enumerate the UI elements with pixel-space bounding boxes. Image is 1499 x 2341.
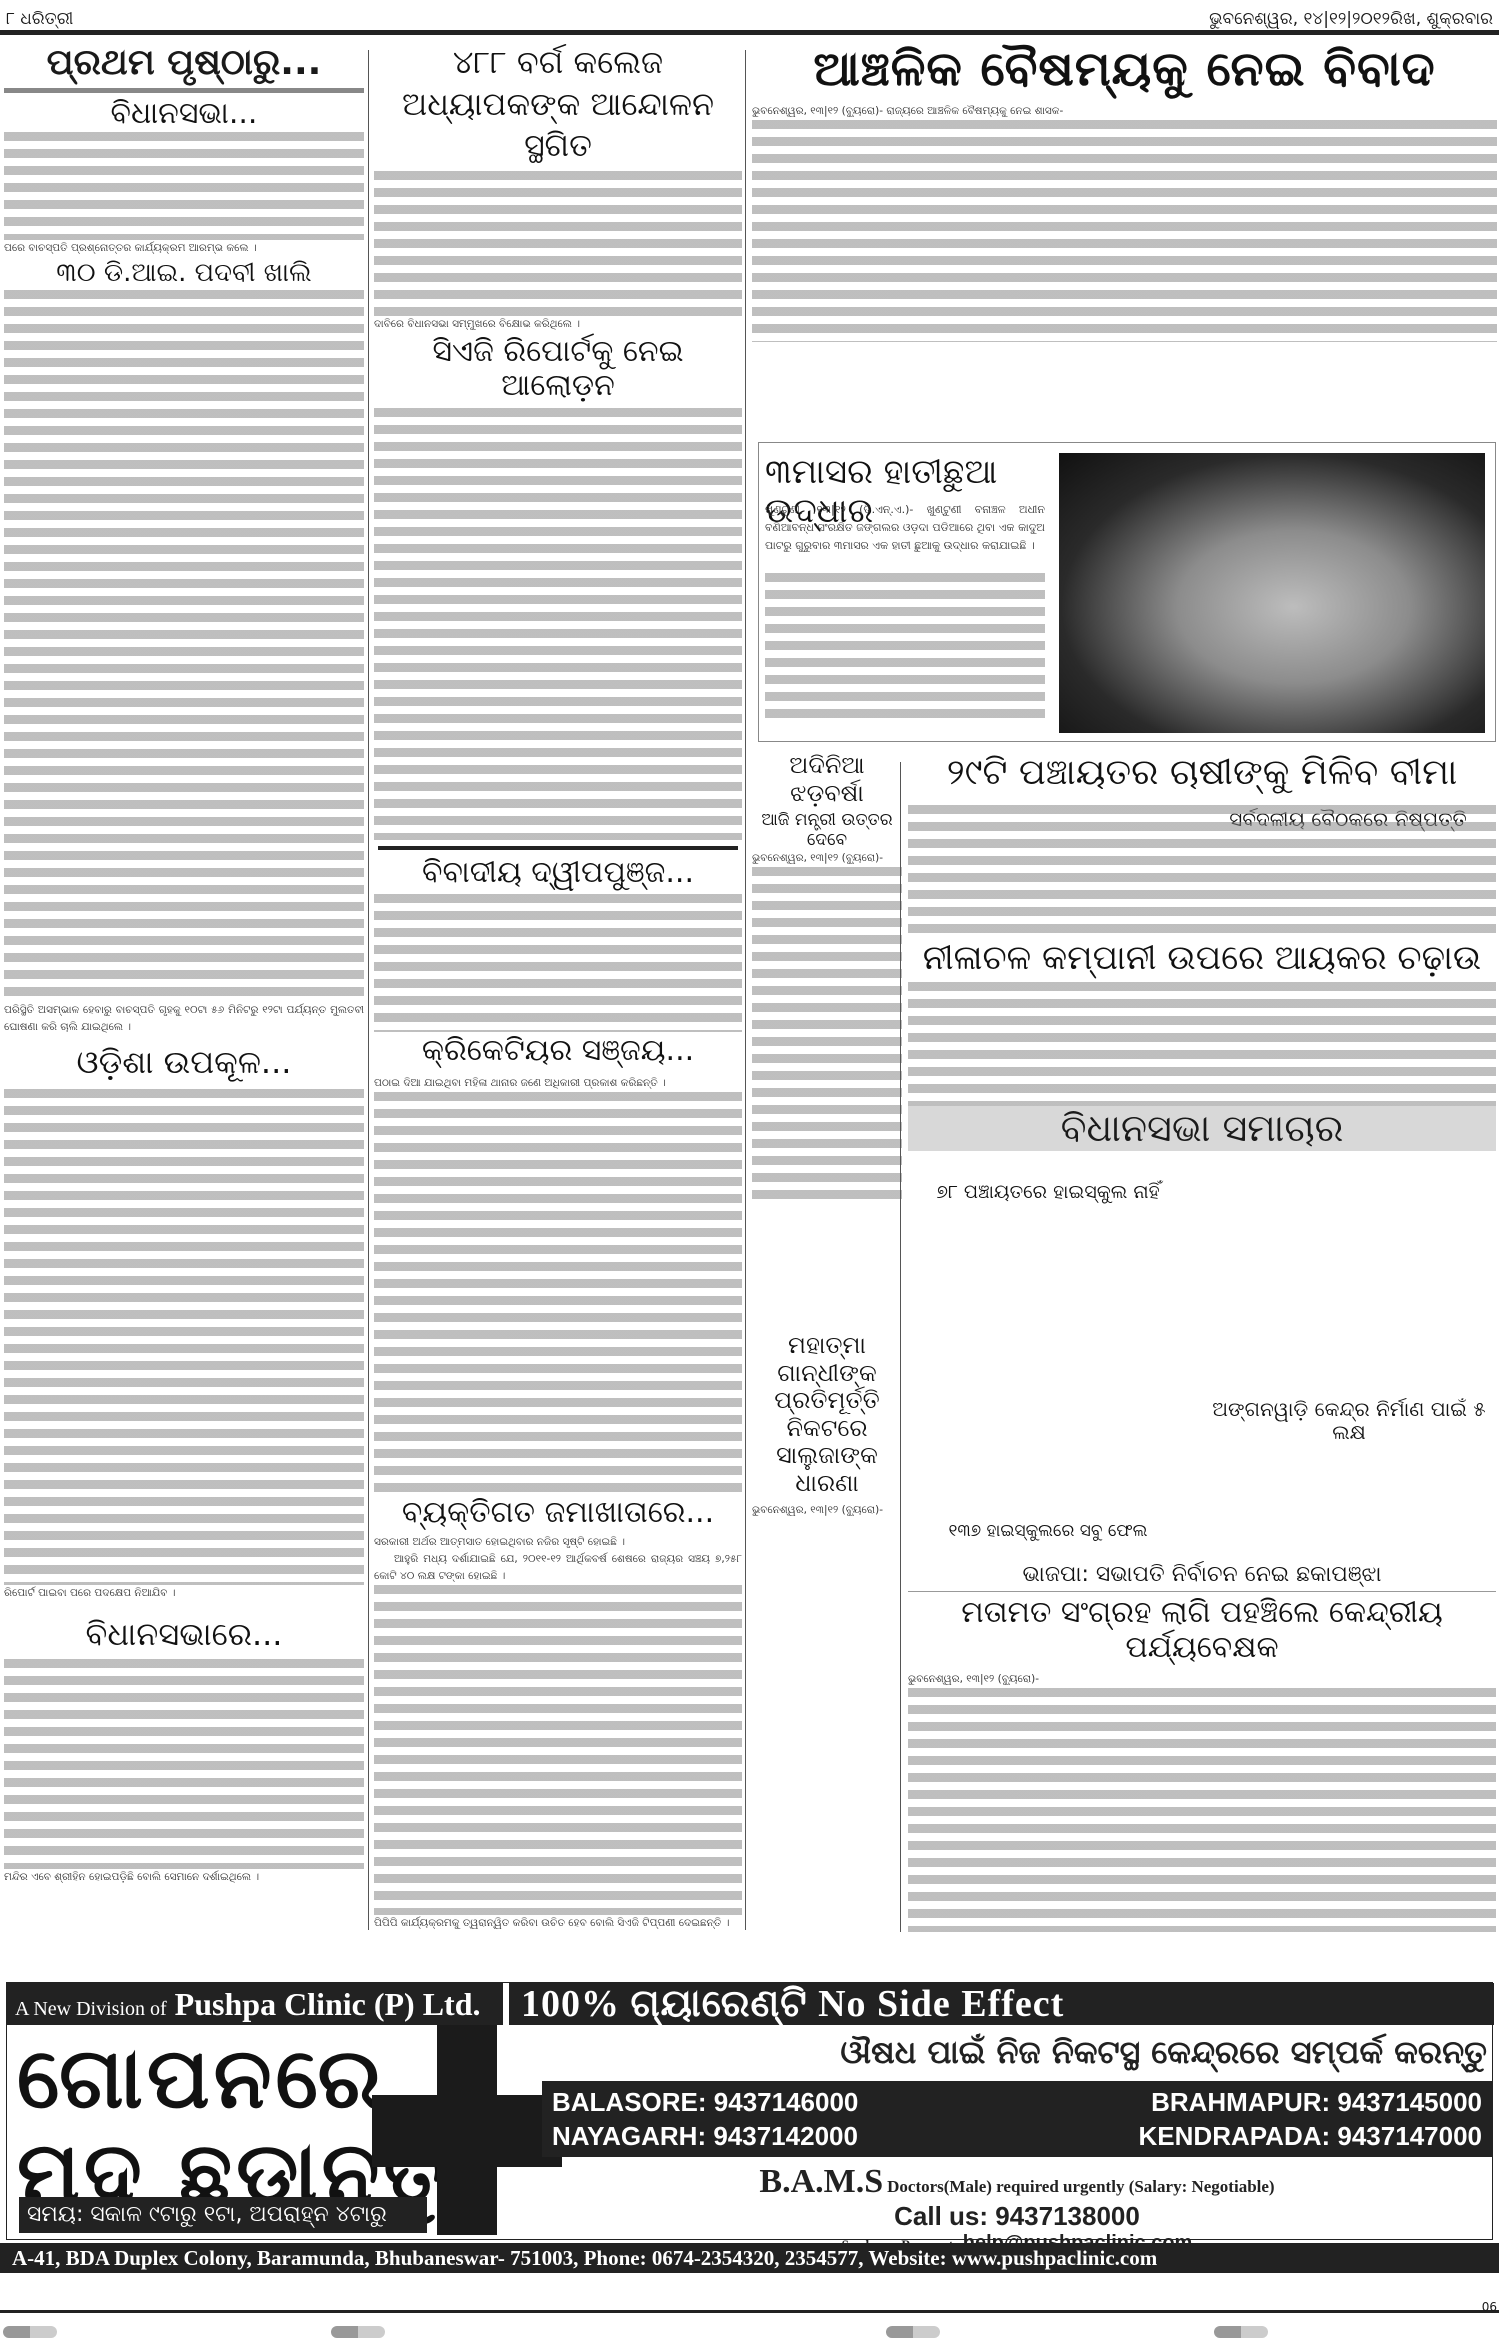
insurance-story: ୨୯ଟି ପଞ୍ଚାୟତର ଚାଷୀଙ୍କୁ ମିଳିବ ବୀମା ସର୍ବଦଳ… xyxy=(908,752,1496,1151)
company-name: Pushpa Clinic (P) Ltd. xyxy=(175,1983,481,2025)
headline: ୩୦ ଡି.ଆଇ. ପଦବୀ ଖାଲି xyxy=(4,259,364,289)
article-dateline: ଭୁବନେଶ୍ୱର, ୧୩|୧୨ (ବ୍ୟୁରୋ)- xyxy=(752,1502,902,1519)
masthead-rule xyxy=(0,30,1499,35)
column-divider xyxy=(745,50,746,1930)
elephant-story-box: ୩ମାସର ହାତୀଛୁଆ ଉଦ୍ଧାର ଖୁଣ୍ଟୁଣୀ, ୧୩|୧୨ (ଡି… xyxy=(758,442,1496,742)
lead-headline: ଆଞ୍ଚଳିକ ବୈଷମ୍ୟକୁ ନେଇ ବିବାଦ xyxy=(752,42,1497,97)
dateline: ଭୁବନେଶ୍ୱର, ୧୪|୧୨|୨୦୧୨ରିଖ, ଶୁକ୍ରବାର xyxy=(1209,9,1493,29)
page-label: ୮ ଧରିତ୍ରୀ xyxy=(6,9,73,29)
branch-balasore: BALASORE: 9437146000 xyxy=(552,2085,1017,2119)
section-title: ପ୍ରଥମ ପୃଷ୍ଠାରୁ... xyxy=(4,42,364,93)
lead-dateline: ଭୁବନେଶ୍ୱର, ୧୩|୧୨ (ବ୍ୟୁରୋ)- ରାଜ୍ୟରେ ଆଞ୍ଚଳ… xyxy=(752,103,1497,120)
headline: ଓଡ଼ିଶା ଉପକୂଳ... xyxy=(4,1044,364,1081)
article-body xyxy=(908,982,1496,1106)
headline: ମତାମତ ସଂଗ୍ରହ ଲାଗି ପହଞ୍ଚିଲେ କେନ୍ଦ୍ରୀୟ ପର୍… xyxy=(908,1596,1496,1665)
scroll-handle[interactable] xyxy=(3,2326,57,2338)
bjp-banner: ଭାଜପା: ସଭାପତି ନିର୍ବାଚନ ନେଇ ଛକାପଞ୍ଝା xyxy=(908,1562,1496,1592)
headline: ବିଧାନସଭାରେ... xyxy=(4,1616,364,1653)
article-body xyxy=(374,171,742,316)
headline: ୪୮୮ ବର୍ଗ କଲେଜ ଅଧ୍ୟାପକଙ୍କ ଆନ୍ଦୋଳନ ସ୍ଥଗିତ xyxy=(374,42,742,167)
section-rule xyxy=(378,846,738,850)
article-body xyxy=(908,805,1496,935)
ad-footer-address: A-41, BDA Duplex Colony, Baramunda, Bhub… xyxy=(0,2243,1499,2273)
right-area: ଆଞ୍ଚଳିକ ବୈଷମ୍ୟକୁ ନେଇ ବିବାଦ ଭୁବନେଶ୍ୱର, ୧୩… xyxy=(752,42,1497,1932)
article-body: ପିପିପି କାର୍ଯ୍ୟକ୍ରମକୁ ତ୍ୱରାନ୍ୱିତ କରିବା ଉଚ… xyxy=(374,1915,742,1932)
branch-brahmapur: BRAHMAPUR: 9437145000 xyxy=(1017,2085,1482,2119)
gandhi-story: ମହାତ୍ମା ଗାନ୍ଧୀଙ୍କ ପ୍ରତିମୂର୍ତ୍ତି ନିକଟରେ ସ… xyxy=(752,1332,902,1519)
article-body: ରିପୋର୍ଟ ପାଇବା ପରେ ପଦକ୍ଷେପ ନିଆଯିବ । xyxy=(4,1585,364,1602)
article-body xyxy=(908,1688,1496,1932)
headline: ମହାତ୍ମା ଗାନ୍ଧୀଙ୍କ ପ୍ରତିମୂର୍ତ୍ତି ନିକଟରେ ସ… xyxy=(752,1332,902,1498)
subheadline: ୧୩୭ ହାଇସ୍କୁଲରେ ସବୁ ଫେଲ xyxy=(908,1522,1188,1542)
article-body xyxy=(752,120,1497,342)
article-body xyxy=(4,290,364,1002)
guarantee-banner: 100% ଗ୍ୟାରେଣ୍ଟି No Side Effect xyxy=(509,1983,1494,2025)
article-body: ପଠାଇ ଦିଆ ଯାଇଥିବା ମହିଳା ଥାନାର ଜଣେ ଅଧିକାରୀ… xyxy=(374,1075,742,1092)
medical-cross-icon xyxy=(372,2095,562,2167)
opening-hours: ସମୟ: ସକାଳ ୯ଟାରୁ ୧ଟା, ଅପରାହ୍ନ ୪ଟାରୁ ରାତ୍ର… xyxy=(19,2197,427,2233)
article-body xyxy=(765,573,1045,723)
article-body xyxy=(4,132,364,240)
headline: ଅଦିନିଆ ଝଡ଼ବର୍ଷା xyxy=(752,752,902,807)
page-number: 06 xyxy=(1482,2300,1497,2314)
recruitment-notice: B.A.M.S Doctors(Male) required urgently … xyxy=(547,2163,1487,2255)
headline: ବିଧାନସଭା... xyxy=(4,97,364,132)
column-divider xyxy=(368,50,369,1930)
headline: ବିବାଦୀୟ ଦ୍ୱୀପପୁଞ୍ଜ... xyxy=(374,856,742,891)
article-body xyxy=(374,1585,742,1915)
bams-label: B.A.M.S xyxy=(759,2163,883,2200)
article-body: ପରିସ୍ଥିତି ଅସମ୍ଭାଳ ହେବାରୁ ବାଚସ୍ପତି ଗୃହକୁ … xyxy=(4,1002,364,1036)
article-body: ଆହୁରି ମଧ୍ୟ ଦର୍ଶାଯାଇଛି ଯେ, ୨୦୧୧-୧୨ ଆର୍ଥିକ… xyxy=(374,1551,742,1585)
article-body: ପରେ ବାଚସ୍ପତି ପ୍ରଶ୍ନୋତ୍ତର କାର୍ଯ୍ୟକ୍ରମ ଆରମ… xyxy=(4,240,364,257)
side-story: ଅଦିନିଆ ଝଡ଼ବର୍ଷା ଆଜି ମନ୍ତ୍ରୀ ଉତ୍ତର ଦେବେ ଭ… xyxy=(752,752,902,1207)
article-body: ଖୁଣ୍ଟୁଣୀ, ୧୩|୧୨ (ଡି.ଏନ୍.ଏ.)- ଖୁଣ୍ଟୁଣୀ ବନ… xyxy=(765,501,1045,555)
article-body: ଦାବିରେ ବିଧାନସଭା ସମ୍ମୁଖରେ ବିକ୍ଷୋଭ କରିଥିଲେ… xyxy=(374,316,742,333)
middle-column: ୪୮୮ ବର୍ଗ କଲେଜ ଅଧ୍ୟାପକଙ୍କ ଆନ୍ଦୋଳନ ସ୍ଥଗିତ … xyxy=(374,42,742,1932)
branch-phones: BALASORE: 9437146000 BRAHMAPUR: 94371450… xyxy=(542,2081,1492,2157)
baby-elephant-photo xyxy=(1059,453,1485,733)
article-body xyxy=(4,1089,364,1585)
article-body xyxy=(374,1092,742,1492)
left-column: ପ୍ରଥମ ପୃଷ୍ଠାରୁ... ବିଧାନସଭା... ପରେ ବାଚସ୍ପ… xyxy=(4,42,364,1932)
headline: ନୀଳାଚଳ କମ୍ପାନୀ ଉପରେ ଆୟକର ଚଢ଼ାଉ xyxy=(908,939,1496,978)
article-body: ମନ୍ଦିର ଏବେ ଶ୍ରୀହିନ ହୋଇପଡ଼ିଛି ବୋଲି ସେମାନେ… xyxy=(4,1869,364,1886)
article-body xyxy=(752,867,902,1207)
headline: ବ୍ୟକ୍ତିଗତ ଜମାଖାତାରେ... xyxy=(374,1496,742,1531)
article-dateline: ଖୁଣ୍ଟୁଣୀ, ୧୩|୧୨ (ଡି.ଏନ୍.ଏ.)- xyxy=(765,503,913,516)
branch-nayagarh: NAYAGARH: 9437142000 xyxy=(552,2119,1017,2153)
article-body xyxy=(374,894,742,1032)
scroll-handle[interactable] xyxy=(1214,2326,1268,2338)
scroll-handle[interactable] xyxy=(886,2326,940,2338)
call-us: Call us: 9437138000 xyxy=(547,2201,1487,2232)
headline: ସିଏଜି ରିପୋର୍ଟକୁ ନେଇ ଆଲୋଡ଼ନ xyxy=(374,335,742,404)
headline: ୭୮ ପଞ୍ଚାୟତରେ ହାଇସ୍କୁଲ ନାହିଁ xyxy=(908,1182,1188,1204)
headline: ଅଙ୍ଗନୱାଡ଼ି କେନ୍ଦ୍ର ନିର୍ମାଣ ପାଇଁ ୫ ଲକ୍ଷ xyxy=(1204,1398,1494,1444)
article-dateline: ଭୁବନେଶ୍ୱର, ୧୩|୧୨ (ବ୍ୟୁରୋ)- xyxy=(908,1671,1496,1688)
division-prefix: A New Division of xyxy=(15,1988,167,2030)
scroll-handle[interactable] xyxy=(331,2326,385,2338)
article-dateline: ଭୁବନେଶ୍ୱର, ୧୩|୧୨ (ବ୍ୟୁରୋ)- xyxy=(752,850,902,867)
bottom-rule xyxy=(0,2310,1499,2313)
subheadline: ଆଜି ମନ୍ତ୍ରୀ ଉତ୍ତର ଦେବେ xyxy=(752,811,902,850)
headline: ୨୯ଟି ପଞ୍ଚାୟତର ଚାଷୀଙ୍କୁ ମିଳିବ ବୀମା xyxy=(908,752,1496,793)
article-body xyxy=(4,1659,364,1869)
branch-kendrapada: KENDRAPADA: 9437147000 xyxy=(1017,2119,1482,2153)
bjp-story: ଭାଜପା: ସଭାପତି ନିର୍ବାଚନ ନେଇ ଛକାପଞ୍ଝା ମତାମ… xyxy=(908,1562,1496,1932)
contact-prompt: ଔଷଧ ପାଇଁ ନିଜ ନିକଟସ୍ଥ କେନ୍ଦ୍ରରେ ସମ୍ପର୍କ କ… xyxy=(537,2033,1487,2072)
article-body xyxy=(374,408,742,840)
bams-text: Doctors(Male) required urgently (Salary:… xyxy=(887,2177,1274,2196)
article-body: ସରକାରୀ ଅର୍ଥର ଆତ୍ମସାତ ହୋଇଥିବାର ନଜିର ସୃଷ୍ଟ… xyxy=(374,1534,742,1551)
headline: କ୍ରିକେଟିୟର ସଞ୍ଜୟ... xyxy=(374,1034,742,1069)
assembly-news-banner: ବିଧାନସଭା ସମାଚାର xyxy=(908,1106,1496,1151)
ad-company-bar: A New Division of Pushpa Clinic (P) Ltd. xyxy=(7,1983,503,2025)
clinic-advertisement: A New Division of Pushpa Clinic (P) Ltd.… xyxy=(6,1982,1493,2240)
